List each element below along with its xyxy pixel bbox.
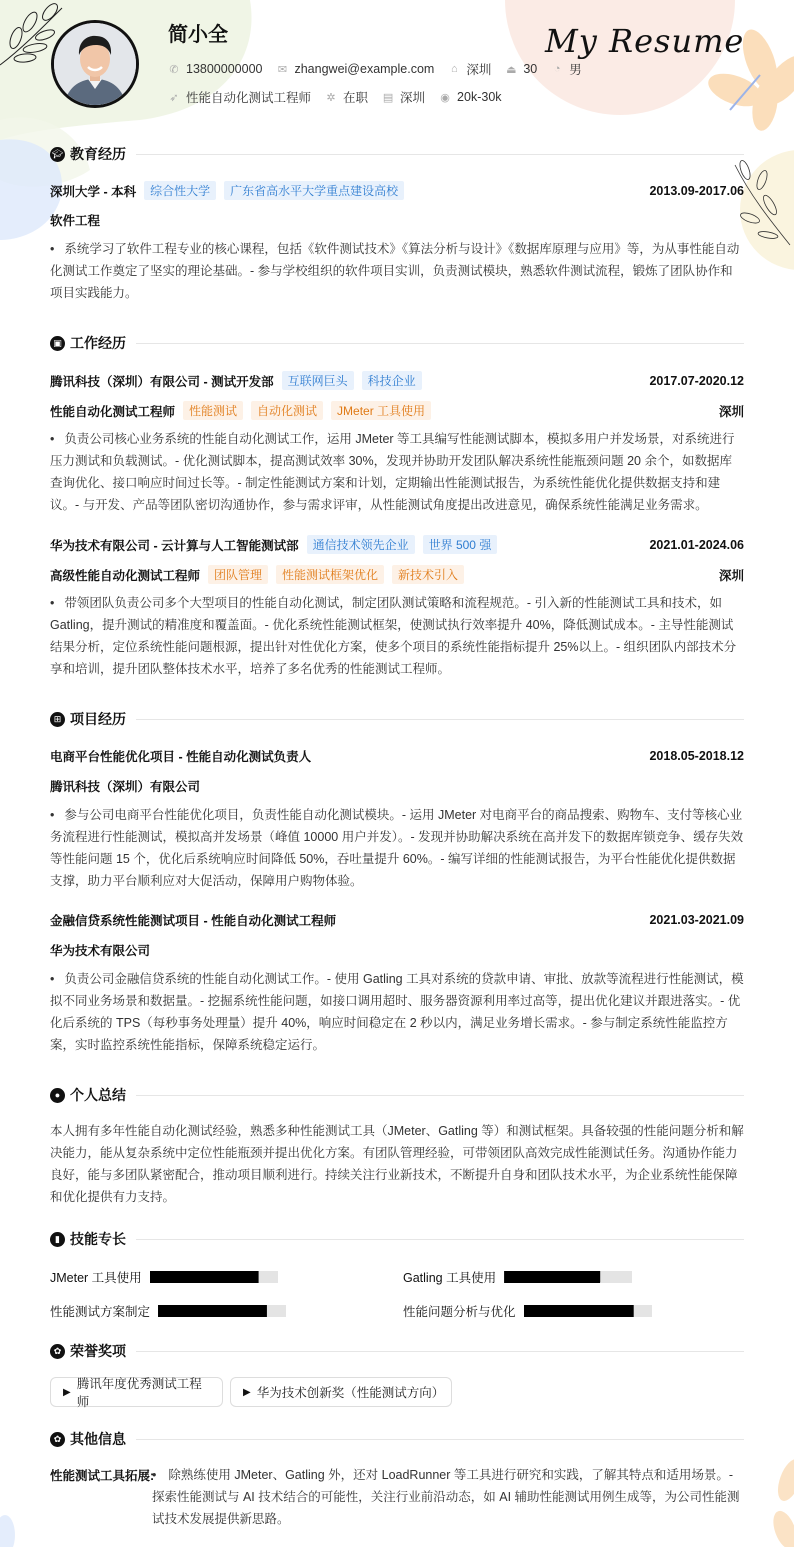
city-value: 深圳 <box>466 60 491 78</box>
project-period: 2018.05-2018.12 <box>649 749 744 763</box>
salary-value: 20k-30k <box>457 90 501 104</box>
skill-tag: 性能测试框架优化 <box>276 565 384 584</box>
skill-level-fill <box>158 1305 267 1317</box>
project-entry-header: 电商平台性能优化项目 - 性能自动化测试负责人 2018.05-2018.12 <box>50 747 744 765</box>
home-icon: ⌂ <box>448 63 460 75</box>
contact-info-row: ✆ 13800000000 ✉ zhangwei@example.com ⌂ 深… <box>168 60 596 78</box>
award-label: 华为技术创新奖（性能测试方向） <box>257 1383 439 1401</box>
work-period: 2017.07-2020.12 <box>649 374 744 388</box>
project-description: •参与公司电商平台性能优化项目，负责性能自动化测试模块。- 运用 JMeter … <box>50 804 744 892</box>
work-position-row: 性能自动化测试工程师 性能测试 自动化测试 JMeter 工具使用 深圳 <box>50 401 744 420</box>
education-description: •系统学习了软件工程专业的核心课程，包括《软件测试技术》《算法分析与设计》《数据… <box>50 238 744 304</box>
education-major-row: 软件工程 <box>50 211 744 229</box>
work-location: 深圳 <box>719 566 744 584</box>
city-item: ⌂ 深圳 <box>448 60 491 78</box>
mail-icon: ✉ <box>276 63 288 76</box>
info-icon: ✿ <box>50 1432 65 1447</box>
work-description-text: 带领团队负责公司多个大型项目的性能自动化测试，制定团队测试策略和流程规范。- 引… <box>50 596 736 676</box>
skill-name: 性能测试方案制定 <box>50 1302 150 1320</box>
other-info-text: •除熟练使用 JMeter、Gatling 外，还对 LoadRunner 等工… <box>152 1464 744 1530</box>
skill-level-fill <box>524 1305 634 1317</box>
divider <box>136 1095 744 1096</box>
section-other: ✿ 其他信息 <box>50 1429 744 1449</box>
gender-icon: ◔ <box>551 63 563 75</box>
section-title: 教育经历 <box>70 144 126 164</box>
company-name: 华为技术有限公司 - 云计算与人工智能测试部 <box>50 536 299 554</box>
target-city-value: 深圳 <box>400 88 425 106</box>
gender-value: 男 <box>569 60 582 78</box>
age-item: ⏏ 30 <box>505 62 537 76</box>
triangle-right-icon: ▶ <box>63 1387 71 1398</box>
divider <box>136 719 744 720</box>
project-entry-header: 金融信贷系统性能测试项目 - 性能自动化测试工程师 2021.03-2021.0… <box>50 911 744 929</box>
status-item: ✲ 在职 <box>325 88 368 106</box>
building-icon: ▤ <box>382 91 394 104</box>
work-entry-header: 华为技术有限公司 - 云计算与人工智能测试部 通信技术领先企业 世界 500 强… <box>50 535 744 554</box>
bullet: • <box>50 972 54 986</box>
company-tag: 世界 500 强 <box>423 535 498 554</box>
work-description-text: 负责公司核心业务系统的性能自动化测试工作，运用 JMeter 等工具编写性能测试… <box>50 432 735 512</box>
cake-icon: ⏏ <box>505 63 517 76</box>
skill-tag: 团队管理 <box>208 565 268 584</box>
project-description-text: 负责公司金融信贷系统的性能自动化测试工作。- 使用 Gatling 工具对系统的… <box>50 972 744 1052</box>
section-title: 其他信息 <box>70 1429 126 1449</box>
project-name: 电商平台性能优化项目 - 性能自动化测试负责人 <box>50 747 311 765</box>
resume-page: 简小全 My Resume ✆ 13800000000 ✉ zhangwei@e… <box>0 0 794 1547</box>
skill-tag: JMeter 工具使用 <box>331 401 431 420</box>
divider <box>136 154 744 155</box>
skill-item: 性能测试方案制定 <box>50 1302 286 1320</box>
project-description-text: 参与公司电商平台性能优化项目，负责性能自动化测试模块。- 运用 JMeter 对… <box>50 808 743 888</box>
section-title: 项目经历 <box>70 709 126 729</box>
graduation-cap-icon: 🎓︎ <box>50 147 65 162</box>
user-icon: ● <box>50 1088 65 1103</box>
education-entry-header: 深圳大学 - 本科 综合性大学 广东省高水平大学重点建设高校 2013.09-2… <box>50 181 744 200</box>
work-position-row: 高级性能自动化测试工程师 团队管理 性能测试框架优化 新技术引入 深圳 <box>50 565 744 584</box>
status-value: 在职 <box>343 88 368 106</box>
section-awards: ✿ 荣誉奖项 <box>50 1341 744 1361</box>
email-item: ✉ zhangwei@example.com <box>276 62 434 76</box>
summary-text: 本人拥有多年性能自动化测试经验，熟悉多种性能测试工具（JMeter、Gatlin… <box>50 1120 744 1208</box>
gender-item: ◔ 男 <box>551 60 582 78</box>
email-value: zhangwei@example.com <box>294 62 434 76</box>
section-work: ▣ 工作经历 <box>50 333 744 353</box>
project-company: 腾讯科技（深圳）有限公司 <box>50 777 200 795</box>
other-info-text-body: 除熟练使用 JMeter、Gatling 外，还对 LoadRunner 等工具… <box>152 1468 740 1526</box>
triangle-right-icon: ▶ <box>243 1387 251 1398</box>
divider <box>136 1439 744 1440</box>
section-summary: ● 个人总结 <box>50 1085 744 1105</box>
school-tag: 广东省高水平大学重点建设高校 <box>224 181 404 200</box>
skill-tag: 性能测试 <box>183 401 243 420</box>
school-name: 深圳大学 - 本科 <box>50 182 136 200</box>
section-education: 🎓︎ 教育经历 <box>50 144 744 164</box>
phone-icon: ✆ <box>168 63 180 76</box>
work-entry-header: 腾讯科技（深圳）有限公司 - 测试开发部 互联网巨头 科技企业 2017.07-… <box>50 371 744 390</box>
grid-icon: ⊞ <box>50 712 65 727</box>
target-city-item: ▤ 深圳 <box>382 88 425 106</box>
major: 软件工程 <box>50 211 100 229</box>
skill-level-fill <box>504 1271 600 1283</box>
award-label: 腾讯年度优秀测试工程师 <box>77 1374 210 1410</box>
work-location: 深圳 <box>719 402 744 420</box>
divider <box>136 1351 744 1352</box>
phone-value: 13800000000 <box>186 62 262 76</box>
bullet: • <box>50 596 54 610</box>
company-tag: 科技企业 <box>362 371 422 390</box>
skill-level-bar <box>158 1305 286 1317</box>
bullet: • <box>152 1468 156 1482</box>
award-icon: ✿ <box>50 1344 65 1359</box>
skill-name: 性能问题分析与优化 <box>403 1302 516 1320</box>
age-value: 30 <box>523 62 537 76</box>
job-title-item: ➶ 性能自动化测试工程师 <box>168 88 311 106</box>
bullet: • <box>50 808 54 822</box>
education-period: 2013.09-2017.06 <box>649 184 744 198</box>
position: 高级性能自动化测试工程师 <box>50 566 200 584</box>
status-icon: ✲ <box>325 91 337 104</box>
avatar-photo-icon <box>54 23 136 105</box>
project-company-row: 腾讯科技（深圳）有限公司 <box>50 777 744 795</box>
company-tag: 通信技术领先企业 <box>307 535 415 554</box>
bullet: • <box>50 432 54 446</box>
skill-level-bar <box>504 1271 632 1283</box>
skill-item: 性能问题分析与优化 <box>403 1302 652 1320</box>
project-company: 华为技术有限公司 <box>50 941 150 959</box>
skill-level-fill <box>150 1271 259 1283</box>
project-name: 金融信贷系统性能测试项目 - 性能自动化测试工程师 <box>50 911 336 929</box>
skill-tag: 自动化测试 <box>251 401 323 420</box>
section-skills: ▮ 技能专长 <box>50 1229 744 1249</box>
project-period: 2021.03-2021.09 <box>649 913 744 927</box>
candidate-name: 简小全 <box>168 18 228 47</box>
company-tag: 互联网巨头 <box>282 371 354 390</box>
section-title: 工作经历 <box>70 333 126 353</box>
section-title: 个人总结 <box>70 1085 126 1105</box>
section-title: 技能专长 <box>70 1229 126 1249</box>
award-item: ▶ 华为技术创新奖（性能测试方向） <box>230 1377 452 1407</box>
send-icon: ➶ <box>168 91 180 104</box>
job-info-row: ➶ 性能自动化测试工程师 ✲ 在职 ▤ 深圳 ◉ 20k-30k <box>168 88 516 106</box>
salary-icon: ◉ <box>439 91 451 104</box>
section-projects: ⊞ 项目经历 <box>50 709 744 729</box>
skill-item: JMeter 工具使用 <box>50 1268 278 1286</box>
job-title-value: 性能自动化测试工程师 <box>186 88 311 106</box>
project-description: •负责公司金融信贷系统的性能自动化测试工作。- 使用 Gatling 工具对系统… <box>50 968 744 1056</box>
position: 性能自动化测试工程师 <box>50 402 175 420</box>
resume-title: My Resume <box>545 22 744 60</box>
bar-chart-icon: ▮ <box>50 1232 65 1247</box>
school-tag: 综合性大学 <box>144 181 216 200</box>
work-period: 2021.01-2024.06 <box>649 538 744 552</box>
other-info-label: 性能测试工具拓展: <box>50 1466 154 1484</box>
work-description: •负责公司核心业务系统的性能自动化测试工作，运用 JMeter 等工具编写性能测… <box>50 428 744 516</box>
company-name: 腾讯科技（深圳）有限公司 - 测试开发部 <box>50 372 274 390</box>
skill-tag: 新技术引入 <box>392 565 464 584</box>
skill-item: Gatling 工具使用 <box>403 1268 632 1286</box>
skill-level-bar <box>524 1305 652 1317</box>
project-company-row: 华为技术有限公司 <box>50 941 744 959</box>
bullet: • <box>50 242 54 256</box>
skill-level-bar <box>150 1271 278 1283</box>
skill-name: Gatling 工具使用 <box>403 1268 496 1286</box>
avatar <box>51 20 139 108</box>
salary-item: ◉ 20k-30k <box>439 90 501 104</box>
divider <box>136 1239 744 1240</box>
phone-item: ✆ 13800000000 <box>168 62 262 76</box>
skill-name: JMeter 工具使用 <box>50 1268 142 1286</box>
section-title: 荣誉奖项 <box>70 1341 126 1361</box>
divider <box>136 343 744 344</box>
briefcase-icon: ▣ <box>50 336 65 351</box>
work-description: •带领团队负责公司多个大型项目的性能自动化测试，制定团队测试策略和流程规范。- … <box>50 592 744 680</box>
education-description-text: 系统学习了软件工程专业的核心课程，包括《软件测试技术》《算法分析与设计》《数据库… <box>50 242 739 300</box>
award-item: ▶ 腾讯年度优秀测试工程师 <box>50 1377 223 1407</box>
